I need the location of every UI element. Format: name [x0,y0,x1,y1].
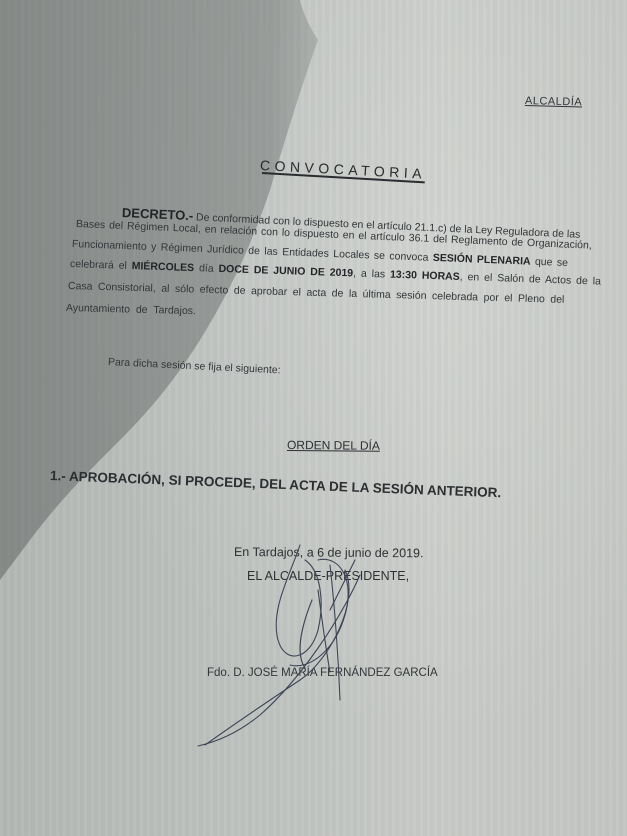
signed-by: Fdo. D. JOSÉ MARÍA FERNÁNDEZ GARCÍA [207,667,438,679]
agenda-title: ORDEN DEL DÍA [287,438,380,453]
header-alcaldia: ALCALDÍA [525,95,582,108]
session-weekday: MIÉRCOLES [132,260,195,274]
paper-background [0,0,627,836]
place-date: En Tardajos, a 6 de junio de 2019. [234,545,424,560]
signer-title: EL ALCALDE-PRESIDENTE, [247,569,409,583]
session-time: 13:30 HORAS [390,269,460,283]
